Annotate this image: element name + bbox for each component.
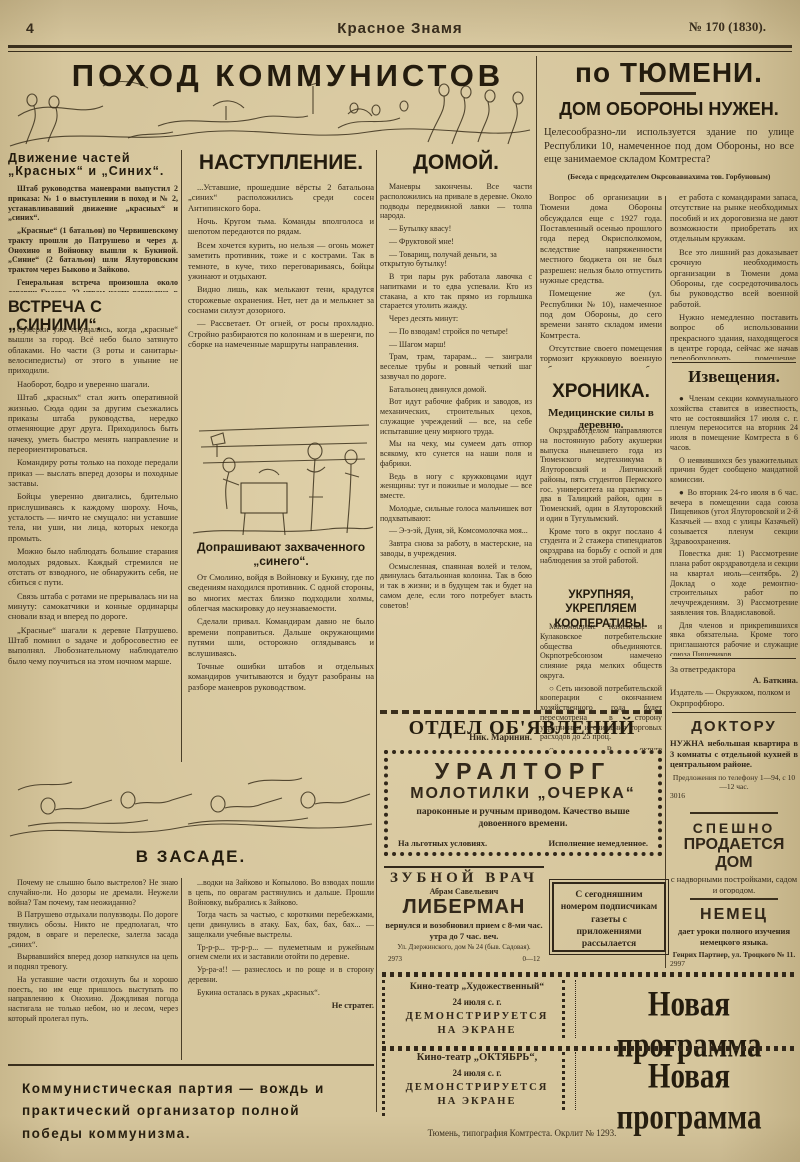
paragraph: Вырвавшийся вперед дозор наткнулся на це… bbox=[8, 952, 178, 972]
ad-doctor-note: Предложения по телефону 1—94, с 10—12 ча… bbox=[670, 773, 798, 791]
headline-underline bbox=[640, 92, 696, 95]
cinema-2-line: ДЕМОНСТРИРУЕТСЯ НА ЭКРАНЕ bbox=[396, 1081, 558, 1108]
interrogation-illustration bbox=[188, 412, 376, 540]
dialogue-line: — Э-э-эй, Дуня, эй, Комсомолочка моя... bbox=[380, 526, 532, 536]
newspaper-page: 4 Красное Знамя № 170 (1830). ПОХОД КОММ… bbox=[0, 0, 800, 1162]
ad-german: НЕМЕЦ дает уроки полного изучения немецк… bbox=[670, 906, 798, 968]
cinema-2-date: 24 июля с. г. bbox=[396, 1068, 558, 1078]
ad-uraltorg-subtitle: МОЛОТИЛКИ „ОЧЕРКА“ bbox=[388, 785, 658, 803]
ornament-column bbox=[562, 1052, 576, 1110]
divider-rule bbox=[672, 712, 796, 713]
notice-item: ● Членам секции коммунального хозяйства … bbox=[670, 394, 798, 453]
divider-rule bbox=[8, 1064, 374, 1066]
paragraph: ...водки на Зайково и Копылово. Во взвод… bbox=[188, 878, 374, 907]
ad-house-title-1: СПЕШНО bbox=[670, 820, 798, 836]
paragraph: Помещение же (ул. Республики № 10), наме… bbox=[540, 288, 662, 340]
article-title-domoy: ДОМОЙ. bbox=[380, 152, 532, 174]
paragraph: Наоборот, бодро и уверенно шагали. bbox=[8, 379, 178, 389]
ad-uraltorg: УРАЛТОРГ МОЛОТИЛКИ „ОЧЕРКА“ пароконные и… bbox=[384, 750, 662, 856]
paragraph: Ведь в ногу с кружковцами идут женщины: … bbox=[380, 472, 532, 501]
header-rule-thin bbox=[8, 51, 792, 52]
ad-house-body: с надворными постройками, садом и огород… bbox=[670, 874, 798, 894]
paragraph: Все это лишний раз доказывает срочную не… bbox=[670, 247, 798, 309]
paragraph: Мы на чеку, мы сумеем дать отпор всякому… bbox=[380, 439, 532, 468]
divider-rule bbox=[672, 362, 796, 363]
column-rule bbox=[665, 196, 666, 968]
paragraph: Трам, трам, тарарам... — заиграли веселы… bbox=[380, 352, 532, 381]
paragraph: Ур-ра-а!! — разнеслось и по роще и в сто… bbox=[188, 965, 374, 985]
pohod-banner: ПОХОД КОММУНИСТОВ bbox=[8, 56, 532, 150]
ad-uraltorg-terms: На льготных условиях. bbox=[398, 838, 487, 848]
paragraph: Нужно немедленно поставить вопрос об исп… bbox=[670, 312, 798, 360]
ad-cinema-2: Кино-театр „ОКТЯБРЬ“, 24 июля с. г. ДЕМО… bbox=[396, 1052, 558, 1116]
paragraph: „Красные“ шагали к деревне Патрушево. Шт… bbox=[8, 625, 178, 666]
paragraph: Осмысленная, спаянная волей и телом, дви… bbox=[380, 562, 532, 611]
dom-oborony-lead: Целесообразно-ли используется здание по … bbox=[544, 126, 794, 167]
ad-dentist-address: Ул. Дзержинского, дом № 24 (быв. Садовая… bbox=[384, 943, 544, 951]
dialogue-line: — Шагом марш! bbox=[380, 340, 532, 350]
redaktor-line: За ответредактора bbox=[670, 664, 798, 675]
ad-smehach: С сегодняшним номером подписчикам газеты… bbox=[552, 882, 666, 952]
paragraph: Сделали привал. Командирам давно не было… bbox=[188, 616, 374, 657]
dialogue-line: — Бутылку квасу! bbox=[380, 224, 532, 234]
paragraph: Батальонец двинулся домой. bbox=[380, 385, 532, 395]
article-zasade-col1: Почему не слышно было выстрелов? Не знаю… bbox=[8, 878, 178, 1058]
izveshenia-body: ● Членам секции коммунального хозяйства … bbox=[670, 394, 798, 656]
ad-house: СПЕШНО ПРОДАЕТСЯ ДОМ с надворными постро… bbox=[670, 820, 798, 894]
issue-number: № 170 (1830). bbox=[689, 19, 766, 35]
paragraph: Букина осталась в руках „красных“. bbox=[188, 988, 374, 998]
paragraph: Связь штаба с ротами не прерывалась ни н… bbox=[8, 591, 178, 622]
interrogation-caption: Допрашивают захваченного „синего“. bbox=[188, 540, 374, 569]
article-title-dvizhenie: Движение частей „Красных“ и „Синих“. bbox=[8, 152, 178, 178]
article-dvizhenie-body: Штаб руководства маневрами выпустил 2 пр… bbox=[8, 184, 178, 292]
ornament-divider bbox=[382, 1046, 798, 1051]
paragraph: Можно было наблюдать большие старания мо… bbox=[8, 546, 178, 587]
imprint-line: Тюмень, типография Комтреста. Окрлит № 1… bbox=[382, 1128, 662, 1138]
paragraph: Кроме того в округ послано 4 студента и … bbox=[540, 527, 662, 566]
article-title-nastuplenie: НАСТУПЛЕНИЕ. bbox=[188, 152, 374, 174]
ad-german-address: Генрих Партнер, ул. Троцкого № 11. bbox=[670, 950, 798, 959]
party-slogan: Коммунистическая партия — вождь и практи… bbox=[22, 1078, 366, 1145]
divider-rule bbox=[672, 658, 796, 659]
header-rule-thick bbox=[8, 45, 792, 48]
ad-uraltorg-delivery: Исполнение немедленное. bbox=[549, 838, 648, 848]
column-rule bbox=[181, 150, 182, 762]
paragraph: Завтра снова за работу, в мастерские, на… bbox=[380, 539, 532, 559]
notice-item: ● Во вторник 24-го июля в 6 час. вечера … bbox=[670, 488, 798, 547]
paragraph: Генеральная встреча произошла около дере… bbox=[8, 278, 178, 292]
paragraph: На уставшие части отдохнуть бы и хорошо … bbox=[8, 975, 178, 1024]
paragraph: Командиру роты только на походе передали… bbox=[8, 457, 178, 488]
article-zasade-col2: ...водки на Зайково и Копылово. Во взвод… bbox=[188, 878, 374, 1058]
ads-section-header: ОТДЕЛ ОБ'ЯВЛЕНИЙ bbox=[380, 718, 664, 739]
hronika-body-1: Окрздравотделом направляются на постоянн… bbox=[540, 426, 662, 584]
paragraph: Почему не слышно было выстрелов? Не знаю… bbox=[8, 878, 178, 907]
cinema-1-name: Кино-театр „Художественный“ bbox=[396, 982, 558, 992]
article-title-zasade: В ЗАСАДЕ. bbox=[8, 848, 374, 866]
section-title-tyumen: по ТЮМЕНИ. bbox=[540, 58, 798, 87]
notice-item: Для членов и прикрепившихся явка обязате… bbox=[670, 621, 798, 657]
paragraph: В Патрушево отдыхали полувзводы. По доро… bbox=[8, 910, 178, 949]
paragraph: От Смолино, войдя в Войновку и Букину, г… bbox=[188, 572, 374, 613]
cinema-1-line: ДЕМОНСТРИРУЕТСЯ НА ЭКРАНЕ bbox=[396, 1010, 558, 1037]
ad-dentist-body: вернулся и возобновил прием с 8-ми час. … bbox=[384, 920, 544, 941]
paragraph: „Красные“ (1 батальон) по Червишевскому … bbox=[8, 226, 178, 275]
paragraph: — Рассветает. От огней, от росы прохладн… bbox=[188, 318, 374, 349]
ornament-divider bbox=[382, 972, 798, 977]
paragraph: Вот идут рабочие фабрик и заводов, из ме… bbox=[380, 397, 532, 436]
ad-dentist-kicker: ЗУБНОЙ ВРАЧ bbox=[384, 870, 544, 887]
paragraph: Отсутствие своего помещения тормозит кру… bbox=[540, 343, 662, 368]
dom-oborony-col2: ет работа с командирами запаса, отсутств… bbox=[670, 192, 798, 360]
article-domoy-body: Маневры закончены. Все части расположили… bbox=[380, 182, 532, 730]
ad-uraltorg-title: УРАЛТОРГ bbox=[388, 758, 658, 785]
paragraph: Маломощные Каменское и Кулаковское потре… bbox=[540, 622, 662, 681]
divider-rule bbox=[690, 812, 778, 814]
ambush-illustration bbox=[8, 766, 374, 846]
dialogue-line: — Фруктовой мне! bbox=[380, 237, 532, 247]
ad-dentist-name-small: Абрам Савельевич bbox=[384, 887, 544, 896]
interrogation-scene-sketch bbox=[189, 413, 375, 539]
notice-item: Повестка дня: 1) Рассмотрение плана рабо… bbox=[670, 549, 798, 617]
dialogue-line: — По взводам! стройся по четыре! bbox=[380, 327, 532, 337]
paragraph: Бойцы уверенно двигались, бдительно прис… bbox=[8, 491, 178, 543]
ad-doctor: ДОКТОРУ НУЖНА небольшая квартира в 3 ком… bbox=[670, 718, 798, 810]
ambush-firing-line-sketch bbox=[8, 766, 374, 846]
ad-dentist-ref: 2973 bbox=[388, 955, 402, 963]
ad-dentist-name: ЛИБЕРМАН bbox=[384, 896, 544, 919]
ad-german-title: НЕМЕЦ bbox=[670, 906, 798, 924]
dom-oborony-col1: Вопрос об организации в Тюмени дома Обор… bbox=[540, 192, 662, 368]
paragraph: Видно лишь, как мелькают тени, крадутся … bbox=[188, 284, 374, 315]
ad-doctor-ref: 3016 bbox=[670, 791, 798, 800]
paragraph: ет работа с командирами запаса, отсутств… bbox=[670, 192, 798, 244]
paragraph: Молодые, сильные голоса мальчишек вот по… bbox=[380, 504, 532, 524]
paragraph: В три пары рук работала лавочка с напитк… bbox=[380, 272, 532, 311]
ad-house-title-2: ПРОДАЕТСЯ ДОМ bbox=[670, 836, 798, 872]
ad-doctor-title: ДОКТОРУ bbox=[670, 718, 798, 735]
paragraph: Маневры закончены. Все части расположили… bbox=[380, 182, 532, 221]
column-rule bbox=[376, 150, 377, 1112]
ad-cinema-1: Кино-театр „Художественный“ 24 июля с. г… bbox=[396, 982, 558, 1044]
section-title-hronika: ХРОНИКА. bbox=[540, 382, 662, 402]
pohod-banner-title: ПОХОД КОММУНИСТОВ bbox=[68, 58, 508, 94]
redaktor-name: А. Баткина. bbox=[670, 675, 798, 686]
paragraph: Сумерки уже спущались, когда „красные“ в… bbox=[8, 324, 178, 376]
article-zasade-byline: Не стратег. bbox=[188, 1000, 374, 1010]
article-nastuplenie-body-2: От Смолино, войдя в Войновку и Букину, г… bbox=[188, 572, 374, 758]
masthead: Красное Знамя bbox=[0, 20, 800, 37]
paragraph: ...Уставшие, прошедшие вёрсты 2 батальон… bbox=[188, 182, 374, 213]
ad-german-body: дает уроки полного изучения немецкого яз… bbox=[670, 926, 798, 947]
cinema-1-date: 24 июля с. г. bbox=[396, 997, 558, 1007]
cinema-1-program: Новая программа bbox=[580, 984, 798, 1067]
divider-rule bbox=[690, 898, 778, 900]
ad-doctor-body: НУЖНА небольшая квартира в 3 комнаты с о… bbox=[670, 738, 798, 770]
paragraph: Всем хочется курить, но нельзя — огонь м… bbox=[188, 240, 374, 281]
notice-item: О неявившихся без уважительных причин бу… bbox=[670, 456, 798, 485]
section-title-izveshenia: Извещения. bbox=[670, 368, 798, 386]
article-nastuplenie-body: ...Уставшие, прошедшие вёрсты 2 батальон… bbox=[188, 182, 374, 410]
ornament-column bbox=[562, 980, 576, 1038]
ad-dentist: ЗУБНОЙ ВРАЧ Абрам Савельевич ЛИБЕРМАН ве… bbox=[384, 866, 544, 964]
publisher-line: Издатель — Окружком, полком и Окрпрофбюр… bbox=[670, 687, 798, 710]
paragraph: Тр-р-р... тр-р-р... — пулеметным и ружей… bbox=[188, 943, 374, 963]
dialogue-line: — Товарищ, получай деньги, за открытую б… bbox=[380, 250, 532, 270]
paragraph: Штаб „красных“ стал жить оперативной жиз… bbox=[8, 392, 178, 454]
cinema-2-name: Кино-театр „ОКТЯБРЬ“, bbox=[396, 1052, 558, 1063]
section-rule bbox=[536, 56, 537, 710]
ad-dentist-ref-2: 0—12 bbox=[523, 955, 541, 963]
paragraph: Штаб руководства маневрами выпустил 2 пр… bbox=[8, 184, 178, 223]
paragraph: Окрздравотделом направляются на постоянн… bbox=[540, 426, 662, 524]
paragraph: Ночь. Кругом тьма. Команды вполголоса и … bbox=[188, 216, 374, 237]
paragraph: Точные ошибки штабов и отдельных команди… bbox=[188, 661, 374, 692]
wavy-divider bbox=[380, 710, 664, 714]
ad-uraltorg-body: пароконные и ручным приводом. Качество в… bbox=[402, 806, 644, 831]
paragraph: Через десять минут: bbox=[380, 314, 532, 324]
redaktor-block: За ответредактора А. Баткина. Издатель —… bbox=[670, 664, 798, 710]
ad-german-ref: 2997 bbox=[670, 959, 798, 968]
paragraph: Вопрос об организации в Тюмени дома Обор… bbox=[540, 192, 662, 285]
cinema-2-program: Новая программа bbox=[580, 1056, 798, 1139]
column-rule bbox=[181, 878, 182, 1060]
article-title-dom-oborony: ДОМ ОБОРОНЫ НУЖЕН. bbox=[540, 100, 798, 119]
article-vstrecha-body: Сумерки уже спущались, когда „красные“ в… bbox=[8, 324, 178, 756]
dom-oborony-byline: (Беседа с председателем Окрсовавиахима т… bbox=[540, 172, 798, 181]
ad-smehach-text: С сегодняшним номером подписчикам газеты… bbox=[554, 884, 664, 952]
paragraph: Тогда часть за частью, с короткими переб… bbox=[188, 910, 374, 939]
